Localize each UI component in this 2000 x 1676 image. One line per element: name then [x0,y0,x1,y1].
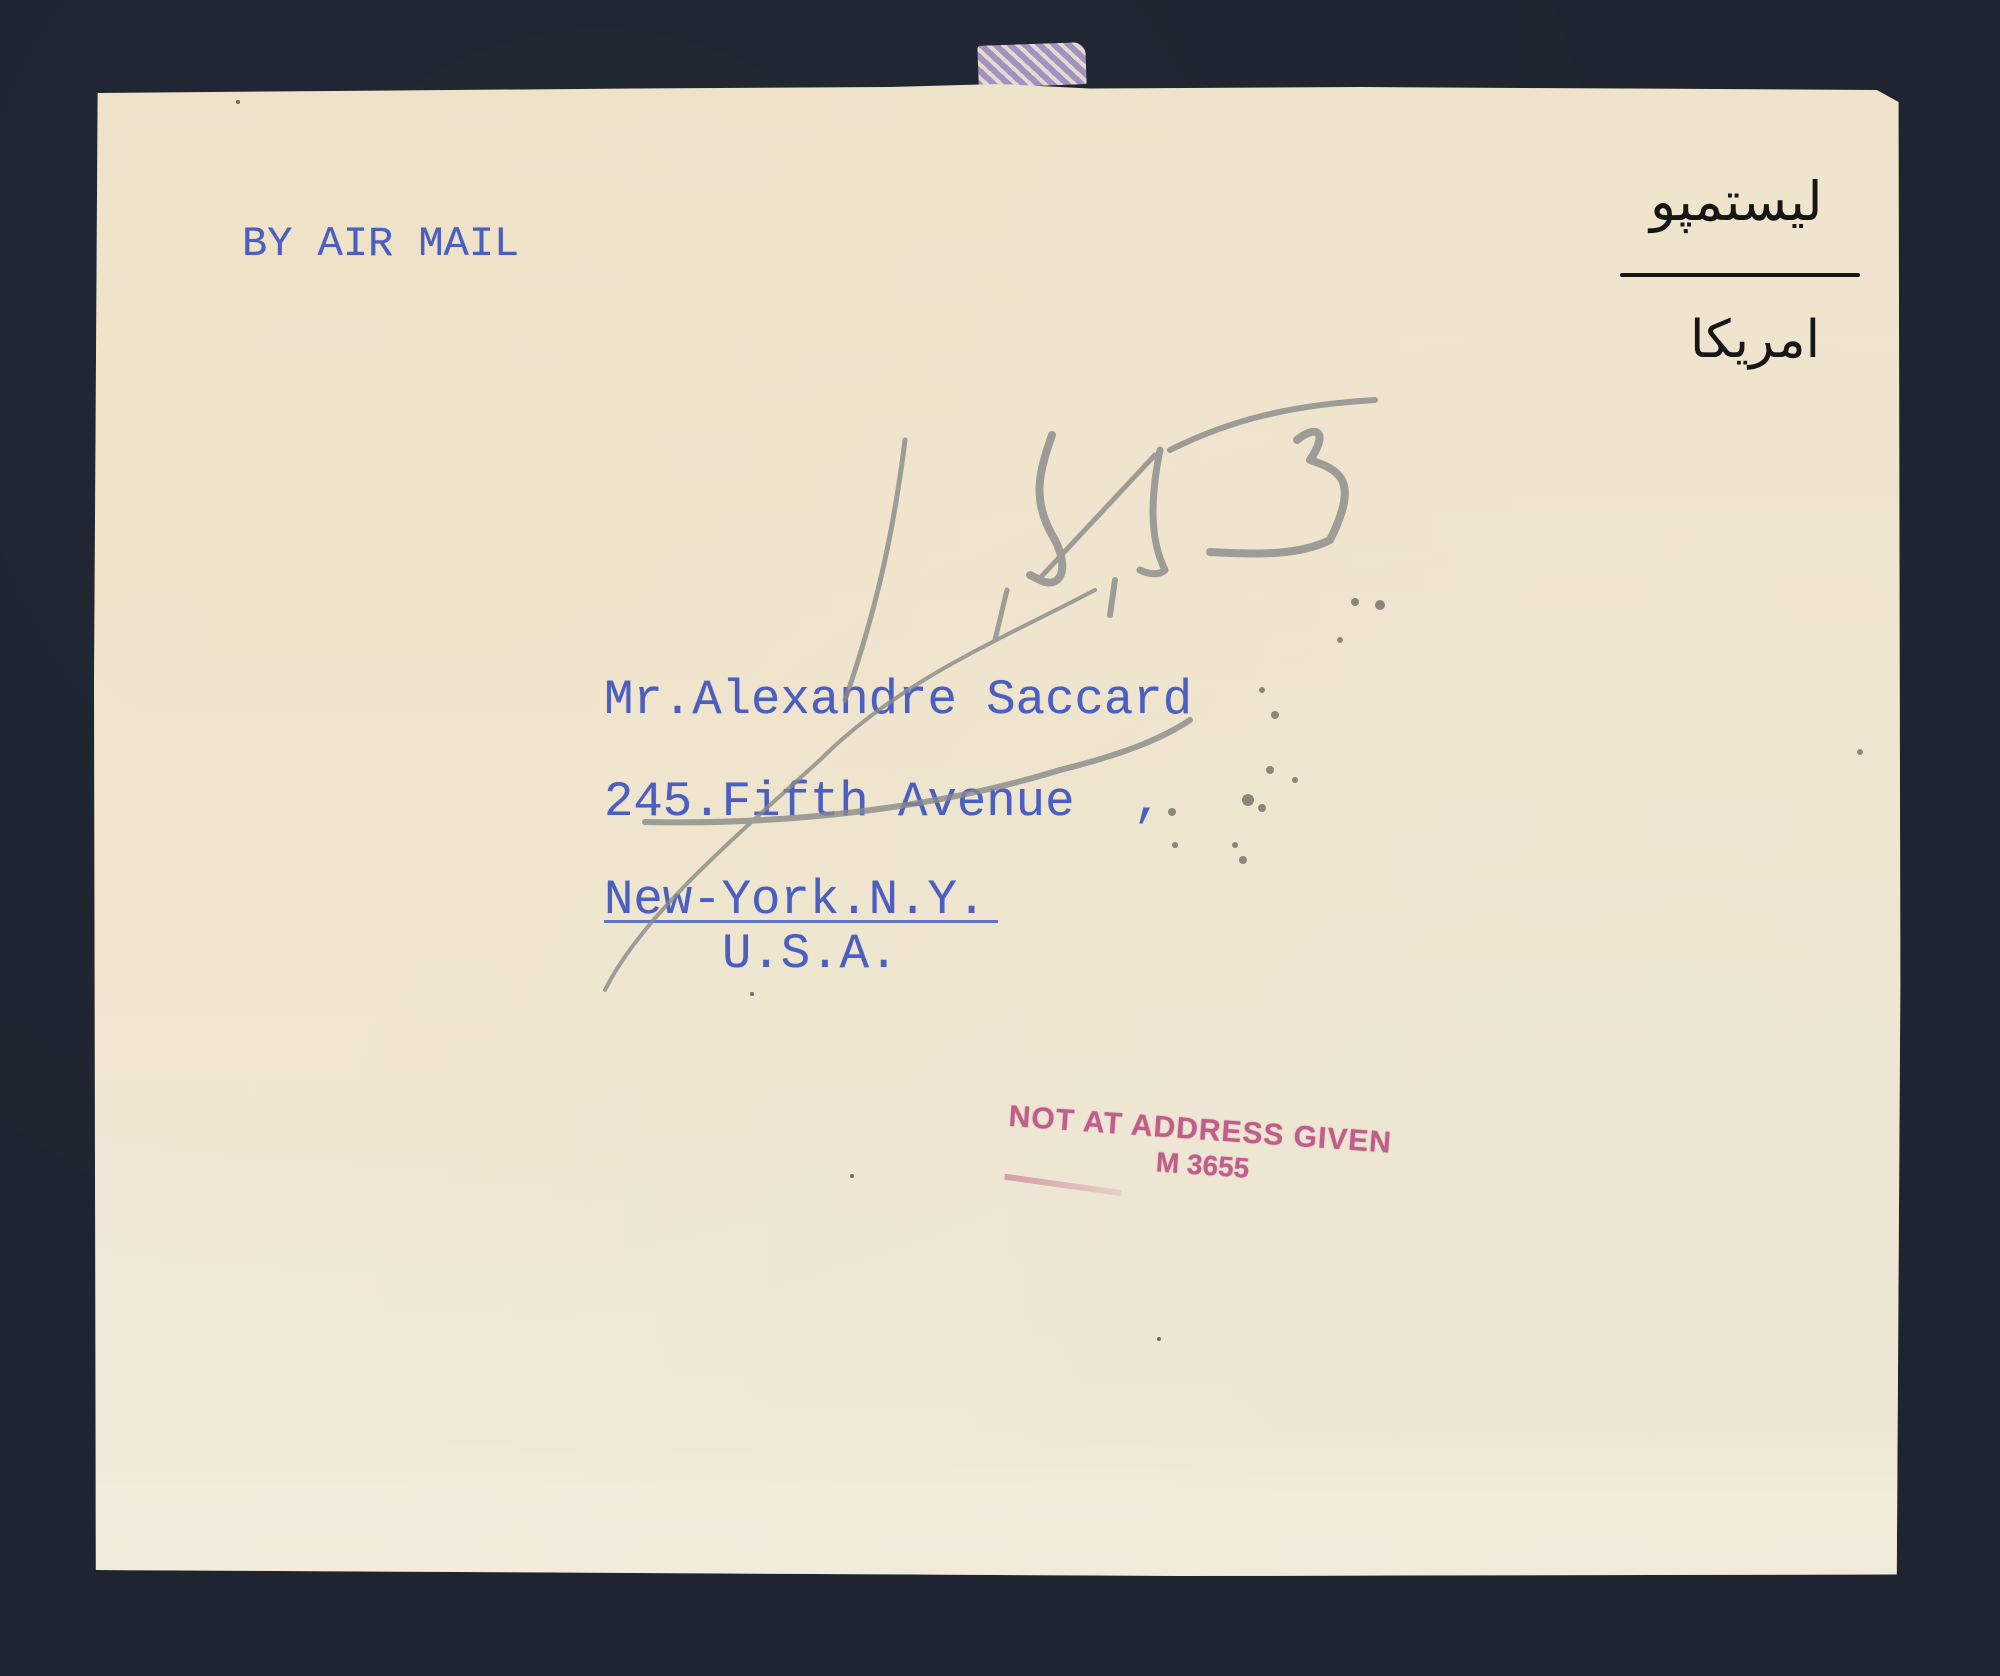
handwritten-note: لیستمپو امریکا [1610,160,1870,410]
paper-speck [850,1174,854,1178]
city-underline [604,920,998,923]
airmail-label: BY AIR MAIL [242,220,519,268]
handwritten-divider [1620,273,1860,277]
envelope-bottom-band [94,1442,1904,1582]
handwritten-note-top: لیستمپو [1650,170,1823,233]
handwritten-note-bottom: امریکا [1690,310,1820,370]
paper-speck [1157,1337,1161,1341]
postage-stamp-fragment [977,42,1086,88]
paper-speck [750,992,754,996]
address-line-street: 245.Fifth Avenue , [604,774,1163,830]
paper-speck [236,100,240,104]
address-line-country: U.S.A. [722,926,898,982]
address-line-name: Mr.Alexandre Saccard [604,672,1192,728]
